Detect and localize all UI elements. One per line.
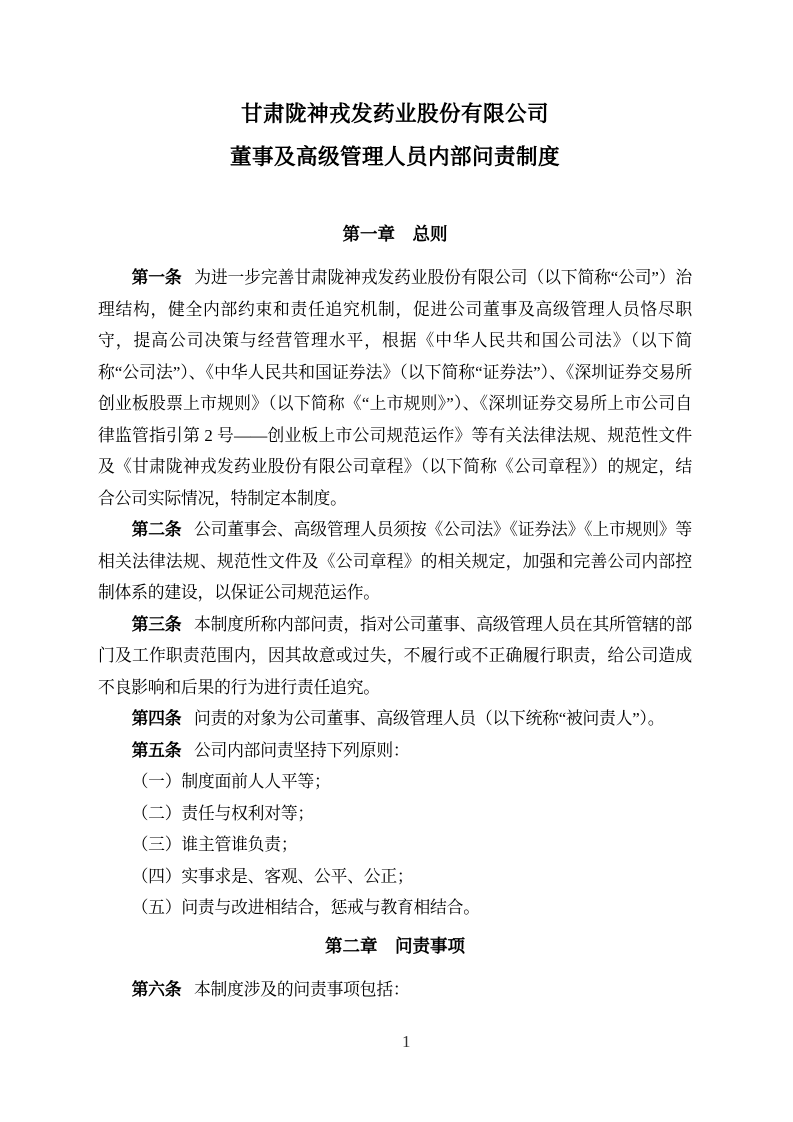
principle-item-2: （二）责任与权利对等； [98,798,692,830]
article-1: 第一条为进一步完善甘肃陇神戎发药业股份有限公司（以下简称“公司”）治理结构，健全… [98,262,692,514]
principle-item-5: （五）问责与改进相结合，惩戒与教育相结合。 [98,892,692,924]
article-6: 第六条本制度涉及的问责事项包括： [98,974,692,1006]
article-2: 第二条公司董事会、高级管理人员须按《公司法》《证券法》《上市规则》等相关法律法规… [98,514,692,609]
article-4: 第四条问责的对象为公司董事、高级管理人员（以下统称“被问责人”）。 [98,703,692,735]
article-3-label: 第三条 [132,615,182,634]
article-3-text: 本制度所称内部问责，指对公司董事、高级管理人员在其所管辖的部门及工作职责范围内，… [98,615,692,697]
article-4-label: 第四条 [132,709,182,728]
document-title-line2: 董事及高级管理人员内部问责制度 [98,144,692,171]
article-4-text: 问责的对象为公司董事、高级管理人员（以下统称“被问责人”）。 [194,709,664,728]
principle-item-3: （三）谁主管谁负责； [98,829,692,861]
article-5-label: 第五条 [132,741,182,760]
principle-item-4: （四）实事求是、客观、公平、公正； [98,861,692,893]
principle-item-1: （一）制度面前人人平等； [98,766,692,798]
chapter-1-heading: 第一章 总则 [98,222,692,247]
article-2-text: 公司董事会、高级管理人员须按《公司法》《证券法》《上市规则》等相关法律法规、规范… [98,520,692,602]
article-1-label: 第一条 [132,268,182,287]
article-5-text: 公司内部问责坚持下列原则： [194,741,410,760]
article-6-label: 第六条 [132,980,182,999]
document-page: 甘肃陇神戎发药业股份有限公司 董事及高级管理人员内部问责制度 第一章 总则 第一… [0,0,793,1122]
article-5: 第五条公司内部问责坚持下列原则： [98,735,692,767]
page-number: 1 [402,1032,411,1052]
article-1-text: 为进一步完善甘肃陇神戎发药业股份有限公司（以下简称“公司”）治理结构，健全内部约… [98,268,692,508]
article-3: 第三条本制度所称内部问责，指对公司董事、高级管理人员在其所管辖的部门及工作职责范… [98,609,692,704]
chapter-2-heading: 第二章 问责事项 [98,934,692,959]
article-6-text: 本制度涉及的问责事项包括： [194,980,410,999]
article-2-label: 第二条 [132,520,182,539]
document-title-line1: 甘肃陇神戎发药业股份有限公司 [98,101,692,128]
